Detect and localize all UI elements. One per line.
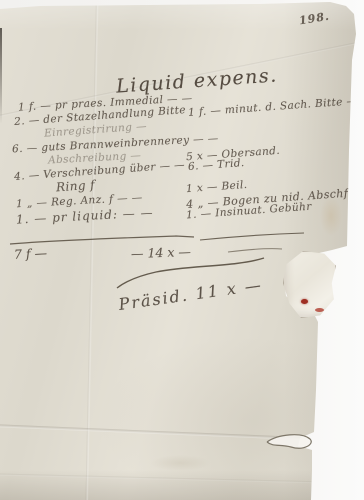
total-center: — 14 x — [131,244,191,261]
thread-loop [264,430,316,456]
wax-seal-remnant [301,299,308,304]
paper-sheet: 198. Liquid expens. 1 f. — pr praes. Imm… [0,0,364,500]
wax-seal-remnant [315,308,324,312]
scanned-document: 198. Liquid expens. 1 f. — pr praes. Imm… [0,0,364,500]
total-left: 7 f — [14,245,48,262]
